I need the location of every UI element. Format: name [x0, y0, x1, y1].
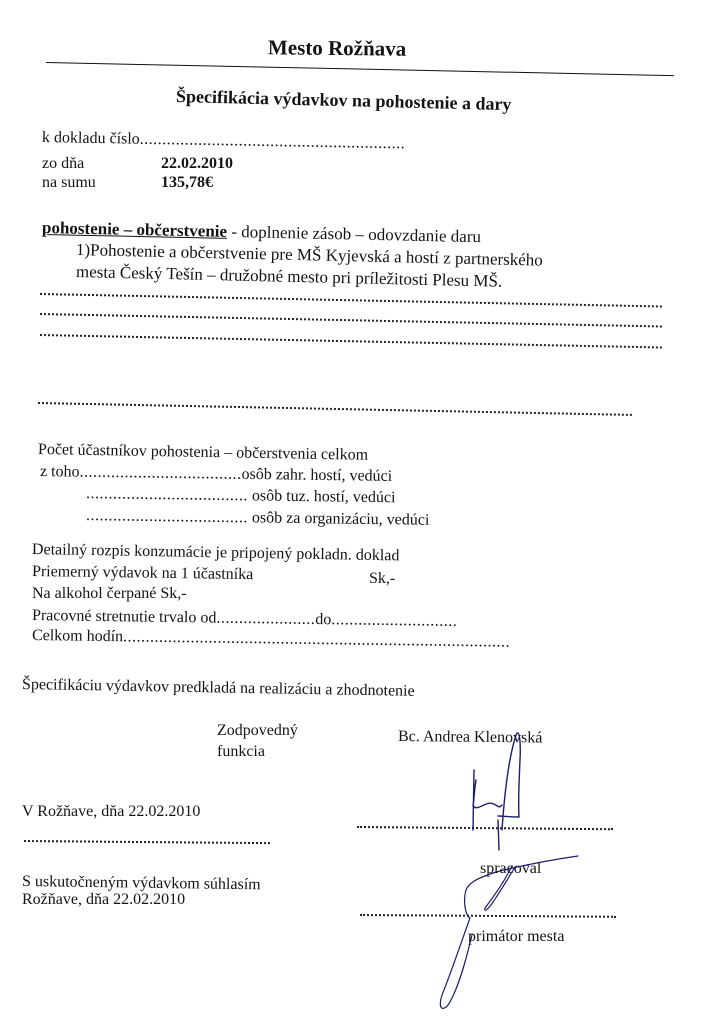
mayor-label: primátor mesta [468, 928, 564, 946]
participants-label-3: osôb za organizáciu, vedúci [252, 509, 430, 528]
blank-line-1 [40, 293, 662, 307]
responsible-label: Zodpovedný [217, 722, 298, 740]
header-rule [46, 62, 674, 76]
doc-number-label: k dokladu číslo [42, 129, 140, 148]
doc-number-row: k dokladu číslo.........................… [42, 129, 406, 153]
amount-label: na sumu [42, 174, 96, 192]
category-underlined: pohostenie – občerstvenie [42, 218, 227, 241]
participants-field-2: .................................... [86, 485, 248, 504]
blank-line-4 [38, 402, 632, 416]
participants-row-2: .................................... osô… [86, 485, 396, 507]
participants-row-3: .................................... osô… [86, 507, 430, 530]
avg-expense-currency: Sk,- [369, 570, 395, 588]
date-value: 22.02.2010 [161, 155, 233, 173]
participants-field-1: .................................... [79, 464, 241, 483]
participants-label-1: osôb zahr. hostí, vedúci [241, 466, 392, 485]
city-name: Mesto Rožňava [268, 35, 406, 61]
submission-text: Špecifikáciu výdavkov predkladá na reali… [22, 676, 415, 701]
meeting-to-field: ............................ [331, 611, 457, 630]
meeting-from-field: ...................... [216, 610, 315, 628]
document-page: Mesto Rožňava Špecifikácia výdavkov na p… [0, 0, 726, 1024]
amount-value: 135,78€ [161, 174, 213, 192]
category-rest: - doplnenie zásob – odovzdanie daru [227, 222, 481, 246]
total-hours-field: ........................................… [123, 628, 510, 650]
responsible-name: Bc. Andrea Klenovská [398, 728, 543, 748]
detail-line-1: Detailný rozpis konzumácie je pripojený … [32, 541, 400, 565]
meeting-from-label: Pracovné stretnutie trvalo od [32, 607, 217, 627]
participants-row-1: z toho..................................… [40, 463, 392, 486]
date-label: zo dňa [42, 155, 84, 173]
participants-label-2: osôb tuz. hostí, vedúci [252, 487, 396, 506]
prepared-by-signature-line [357, 826, 613, 830]
total-hours-label: Celkom hodín [32, 627, 123, 645]
consent-line-2: Rožňave, dňa 22.02.2010 [22, 891, 185, 909]
place-date-line [24, 840, 270, 844]
prepared-by-label: spracoval [480, 860, 541, 878]
function-label: funkcia [217, 743, 265, 761]
avg-expense-label: Priemerný výdavok na 1 účastníka [32, 563, 254, 584]
document-title: Špecifikácia výdavkov na pohostenie a da… [176, 86, 512, 115]
blank-line-3 [40, 334, 662, 348]
place-date: V Rožňave, dňa 22.02.2010 [22, 803, 200, 821]
participants-heading: Počet účastníkov pohostenia – občerstven… [38, 441, 368, 465]
participants-field-3: .................................... [86, 507, 248, 526]
alcohol-label: Na alkohol čerpané Sk,- [32, 585, 187, 603]
of-which-label: z toho [40, 463, 80, 481]
mayor-signature-line [360, 914, 616, 918]
meeting-to-label: do [315, 611, 331, 628]
doc-number-field: ........................................… [140, 131, 406, 153]
blank-line-2 [40, 313, 662, 327]
